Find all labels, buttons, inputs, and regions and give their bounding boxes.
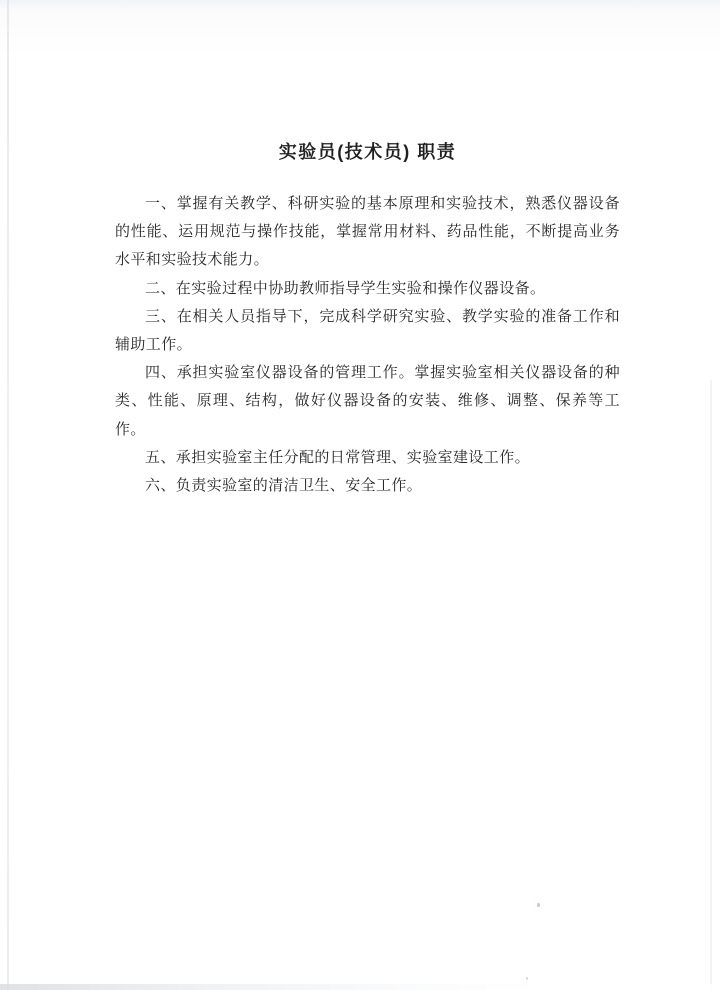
scan-edge-left-line bbox=[7, 0, 9, 990]
scanned-document-page: 实验员(技术员) 职责 一、掌握有关教学、科研实验的基本原理和实验技术，熟悉仪器… bbox=[0, 0, 720, 990]
scan-edge-right-line bbox=[710, 380, 712, 990]
document-body: 一、掌握有关教学、科研实验的基本原理和实验技术，熟悉仪器设备的性能、运用规范与操… bbox=[115, 190, 620, 500]
doc-paragraph-3: 三、在相关人员指导下，完成科学研究实验、教学实验的准备工作和辅助工作。 bbox=[115, 303, 620, 359]
doc-paragraph-2: 二、在实验过程中协助教师指导学生实验和操作仪器设备。 bbox=[115, 275, 620, 303]
scan-artifact-speck bbox=[537, 903, 540, 907]
doc-paragraph-6: 六、负责实验室的清洁卫生、安全工作。 bbox=[115, 472, 620, 500]
document-content: 实验员(技术员) 职责 一、掌握有关教学、科研实验的基本原理和实验技术，熟悉仪器… bbox=[115, 140, 620, 500]
doc-paragraph-5: 五、承担实验室主任分配的日常管理、实验室建设工作。 bbox=[115, 444, 620, 472]
doc-paragraph-1: 一、掌握有关教学、科研实验的基本原理和实验技术，熟悉仪器设备的性能、运用规范与操… bbox=[115, 190, 620, 275]
scan-edge-bottom-shadow bbox=[0, 984, 720, 990]
doc-paragraph-4: 四、承担实验室仪器设备的管理工作。掌握实验室相关仪器设备的种类、性能、原理、结构… bbox=[115, 359, 620, 444]
scan-artifact-speck bbox=[526, 977, 528, 980]
page-title: 实验员(技术员) 职责 bbox=[115, 140, 620, 164]
